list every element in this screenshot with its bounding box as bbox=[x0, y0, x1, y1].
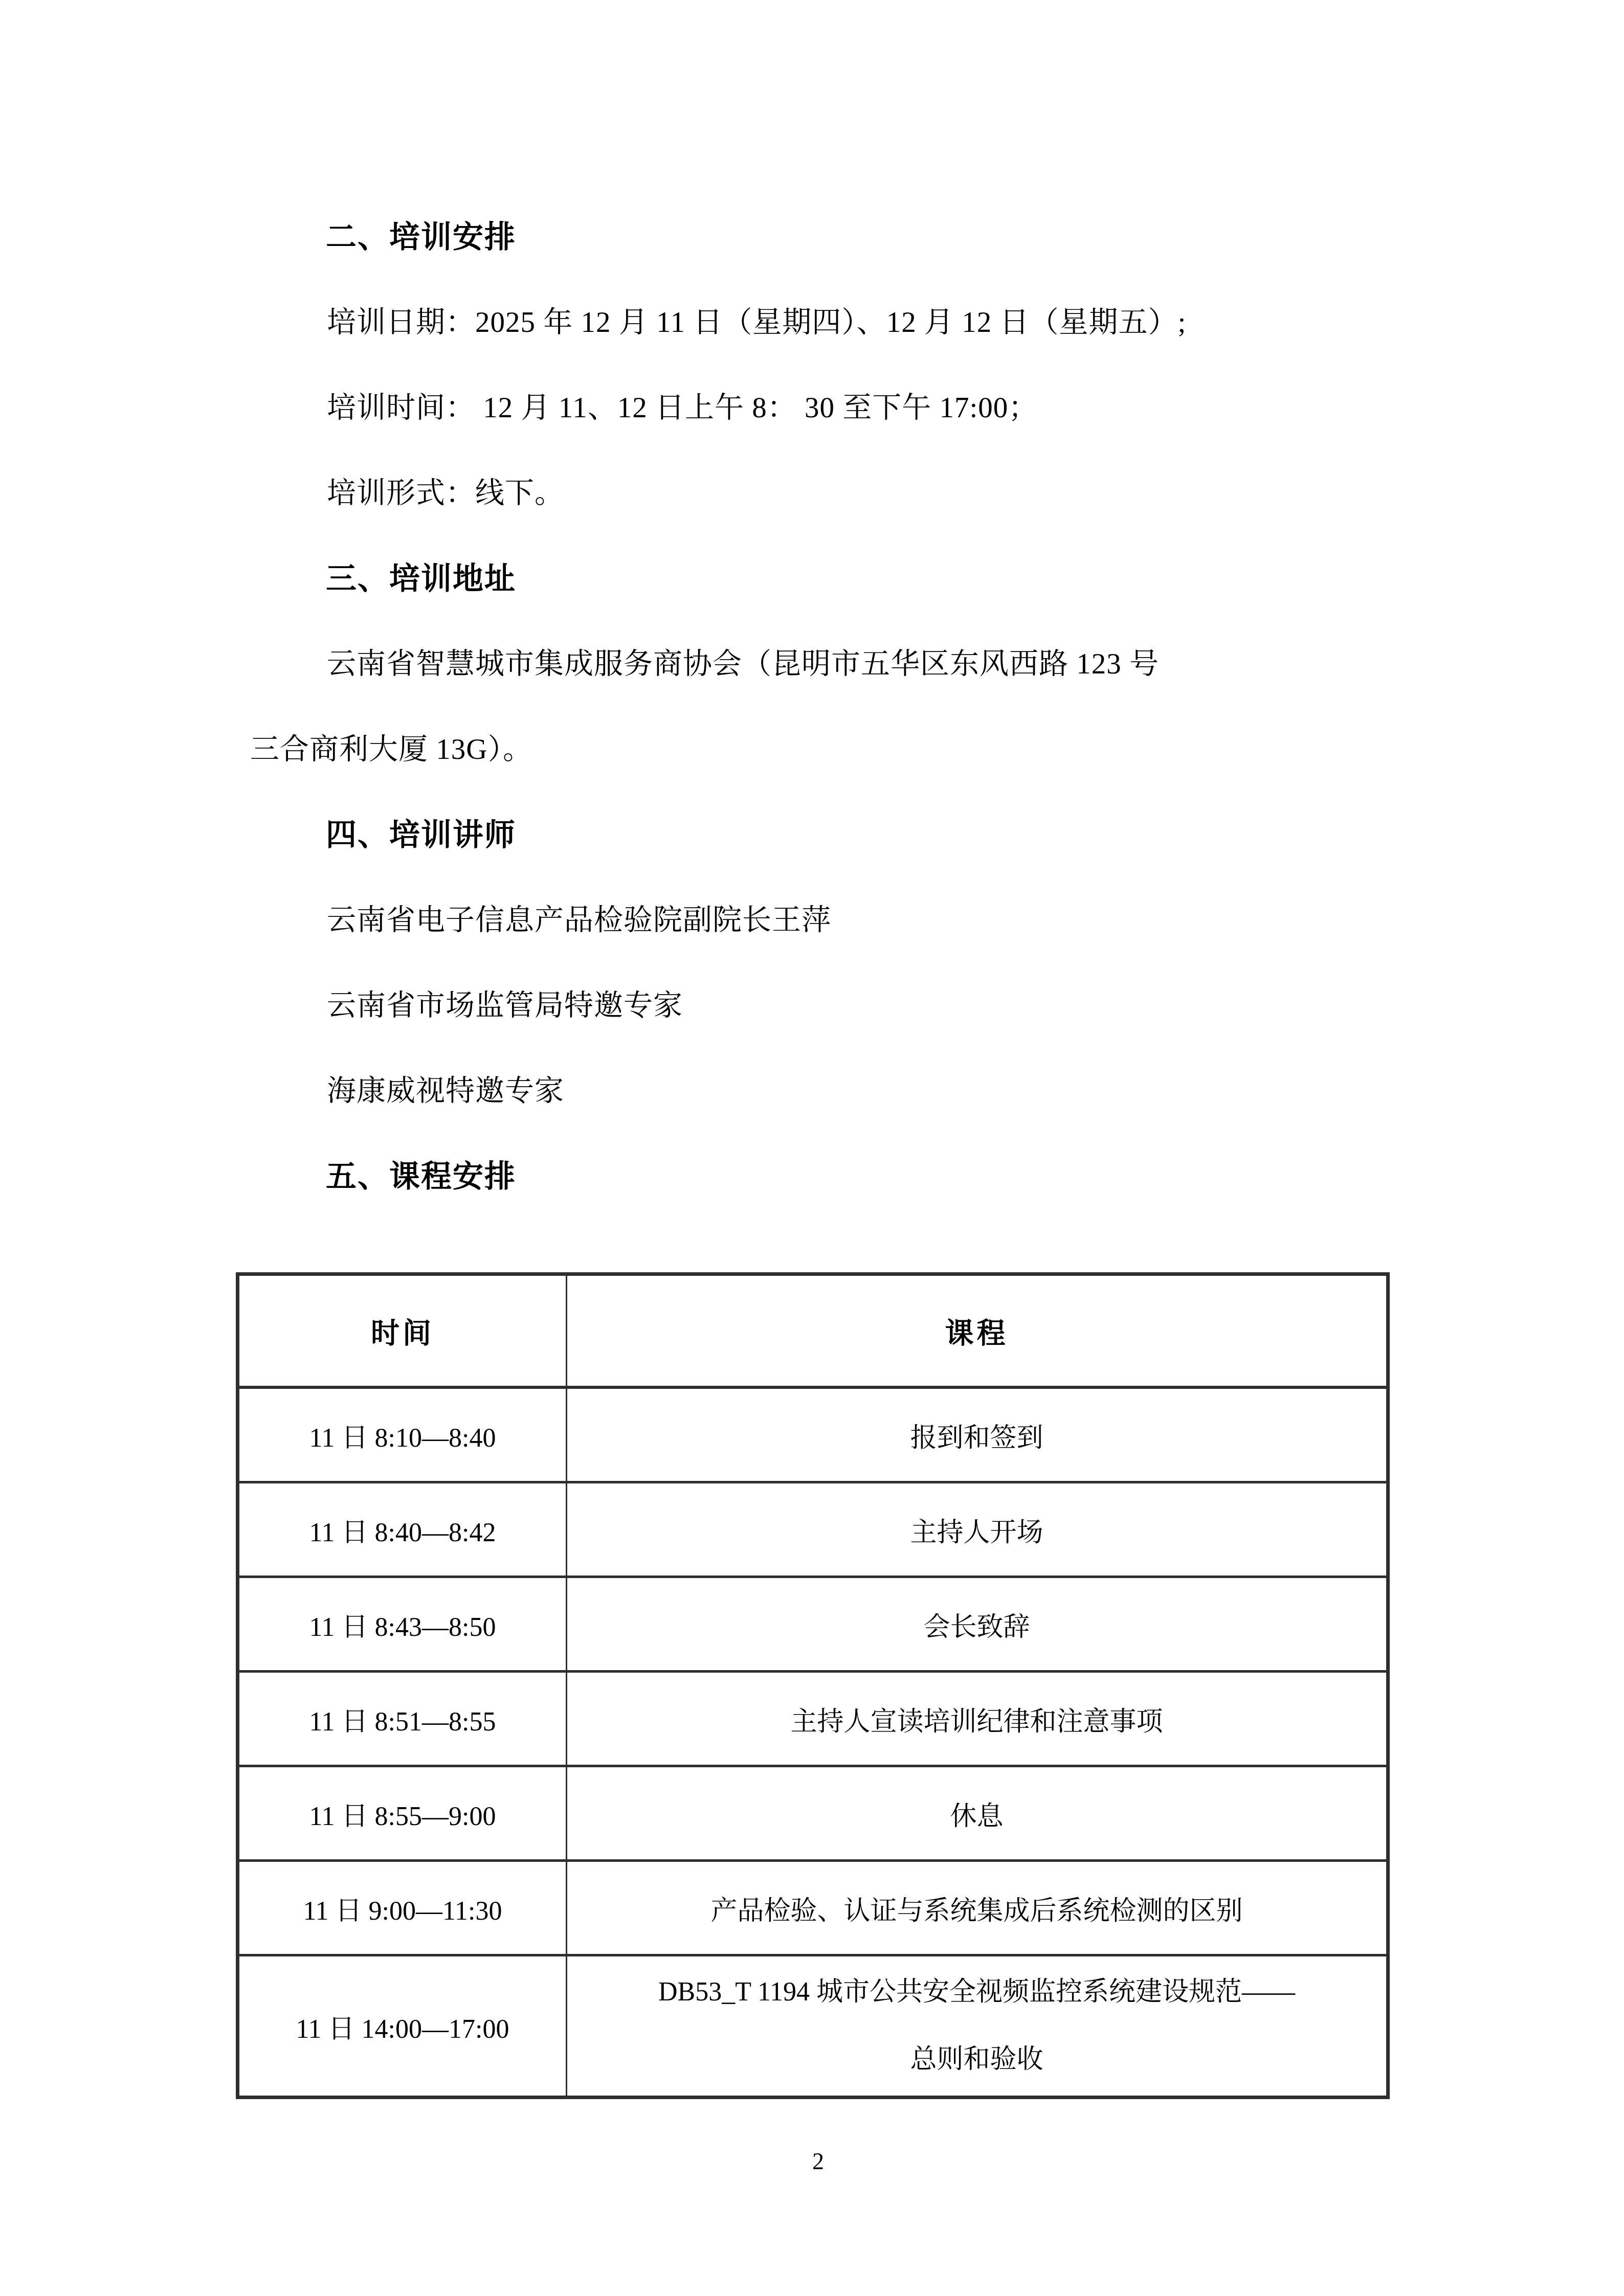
cell-course: DB53_T 1194 城市公共安全视频监控系统建设规范—— 总则和验收 bbox=[567, 1955, 1388, 2098]
table-row: 11 日 8:10—8:40 报到和签到 bbox=[238, 1387, 1388, 1482]
page-number: 2 bbox=[250, 2146, 1386, 2177]
course-line-2: 总则和验收 bbox=[567, 2026, 1386, 2094]
cell-time: 11 日 8:51—8:55 bbox=[238, 1672, 567, 1766]
cell-course: 主持人宣读培训纪律和注意事项 bbox=[567, 1672, 1388, 1766]
cell-course: 报到和签到 bbox=[567, 1387, 1388, 1482]
schedule-table: 时间 课程 11 日 8:10—8:40 报到和签到 11 日 8:40—8:4… bbox=[236, 1272, 1390, 2099]
table-row: 11 日 9:00—11:30 产品检验、认证与系统集成后系统检测的区别 bbox=[238, 1861, 1388, 1955]
para-lecturer-1: 云南省电子信息产品检验院副院长王萍 bbox=[250, 877, 1386, 963]
table-row: 11 日 8:43—8:50 会长致辞 bbox=[238, 1577, 1388, 1672]
para-address-line2: 三合商利大厦 13G）。 bbox=[250, 707, 1386, 792]
cell-time: 11 日 8:43—8:50 bbox=[238, 1577, 567, 1672]
cell-time: 11 日 8:10—8:40 bbox=[238, 1387, 567, 1482]
cell-course: 产品检验、认证与系统集成后系统检测的区别 bbox=[567, 1861, 1388, 1955]
cell-time: 11 日 8:55—9:00 bbox=[238, 1766, 567, 1861]
table-row: 11 日 8:40—8:42 主持人开场 bbox=[238, 1482, 1388, 1577]
cell-course: 主持人开场 bbox=[567, 1482, 1388, 1577]
para-lecturer-2: 云南省市场监管局特邀专家 bbox=[250, 963, 1386, 1048]
para-lecturer-3: 海康威视特邀专家 bbox=[250, 1048, 1386, 1134]
cell-time: 11 日 14:00—17:00 bbox=[238, 1955, 567, 2098]
table-row: 11 日 8:55—9:00 休息 bbox=[238, 1766, 1388, 1861]
para-training-format: 培训形式：线下。 bbox=[250, 451, 1386, 536]
table-row: 11 日 14:00—17:00 DB53_T 1194 城市公共安全视频监控系… bbox=[238, 1955, 1388, 2098]
table-row: 11 日 8:51—8:55 主持人宣读培训纪律和注意事项 bbox=[238, 1672, 1388, 1766]
course-line-1: DB53_T 1194 城市公共安全视频监控系统建设规范—— bbox=[567, 1959, 1386, 2026]
section-heading-course-schedule: 五、课程安排 bbox=[250, 1134, 1386, 1219]
cell-time: 11 日 9:00—11:30 bbox=[238, 1861, 567, 1955]
section-heading-training-lecturers: 四、培训讲师 bbox=[250, 792, 1386, 877]
document-page: 二、培训安排 培训日期：2025 年 12 月 11 日（星期四）、12 月 1… bbox=[0, 0, 1624, 2296]
cell-time: 11 日 8:40—8:42 bbox=[238, 1482, 567, 1577]
column-header-time: 时间 bbox=[238, 1274, 567, 1388]
table-header-row: 时间 课程 bbox=[238, 1274, 1388, 1388]
para-address-line1: 云南省智慧城市集成服务商协会（昆明市五华区东风西路 123 号 bbox=[250, 621, 1386, 707]
cell-course: 会长致辞 bbox=[567, 1577, 1388, 1672]
section-heading-training-arrangement: 二、培训安排 bbox=[250, 194, 1386, 280]
para-training-date: 培训日期：2025 年 12 月 11 日（星期四）、12 月 12 日（星期五… bbox=[250, 280, 1386, 365]
column-header-course: 课程 bbox=[567, 1274, 1388, 1388]
cell-course: 休息 bbox=[567, 1766, 1388, 1861]
section-heading-training-address: 三、培训地址 bbox=[250, 536, 1386, 621]
para-training-time: 培训时间： 12 月 11、12 日上午 8： 30 至下午 17:00； bbox=[250, 365, 1386, 451]
